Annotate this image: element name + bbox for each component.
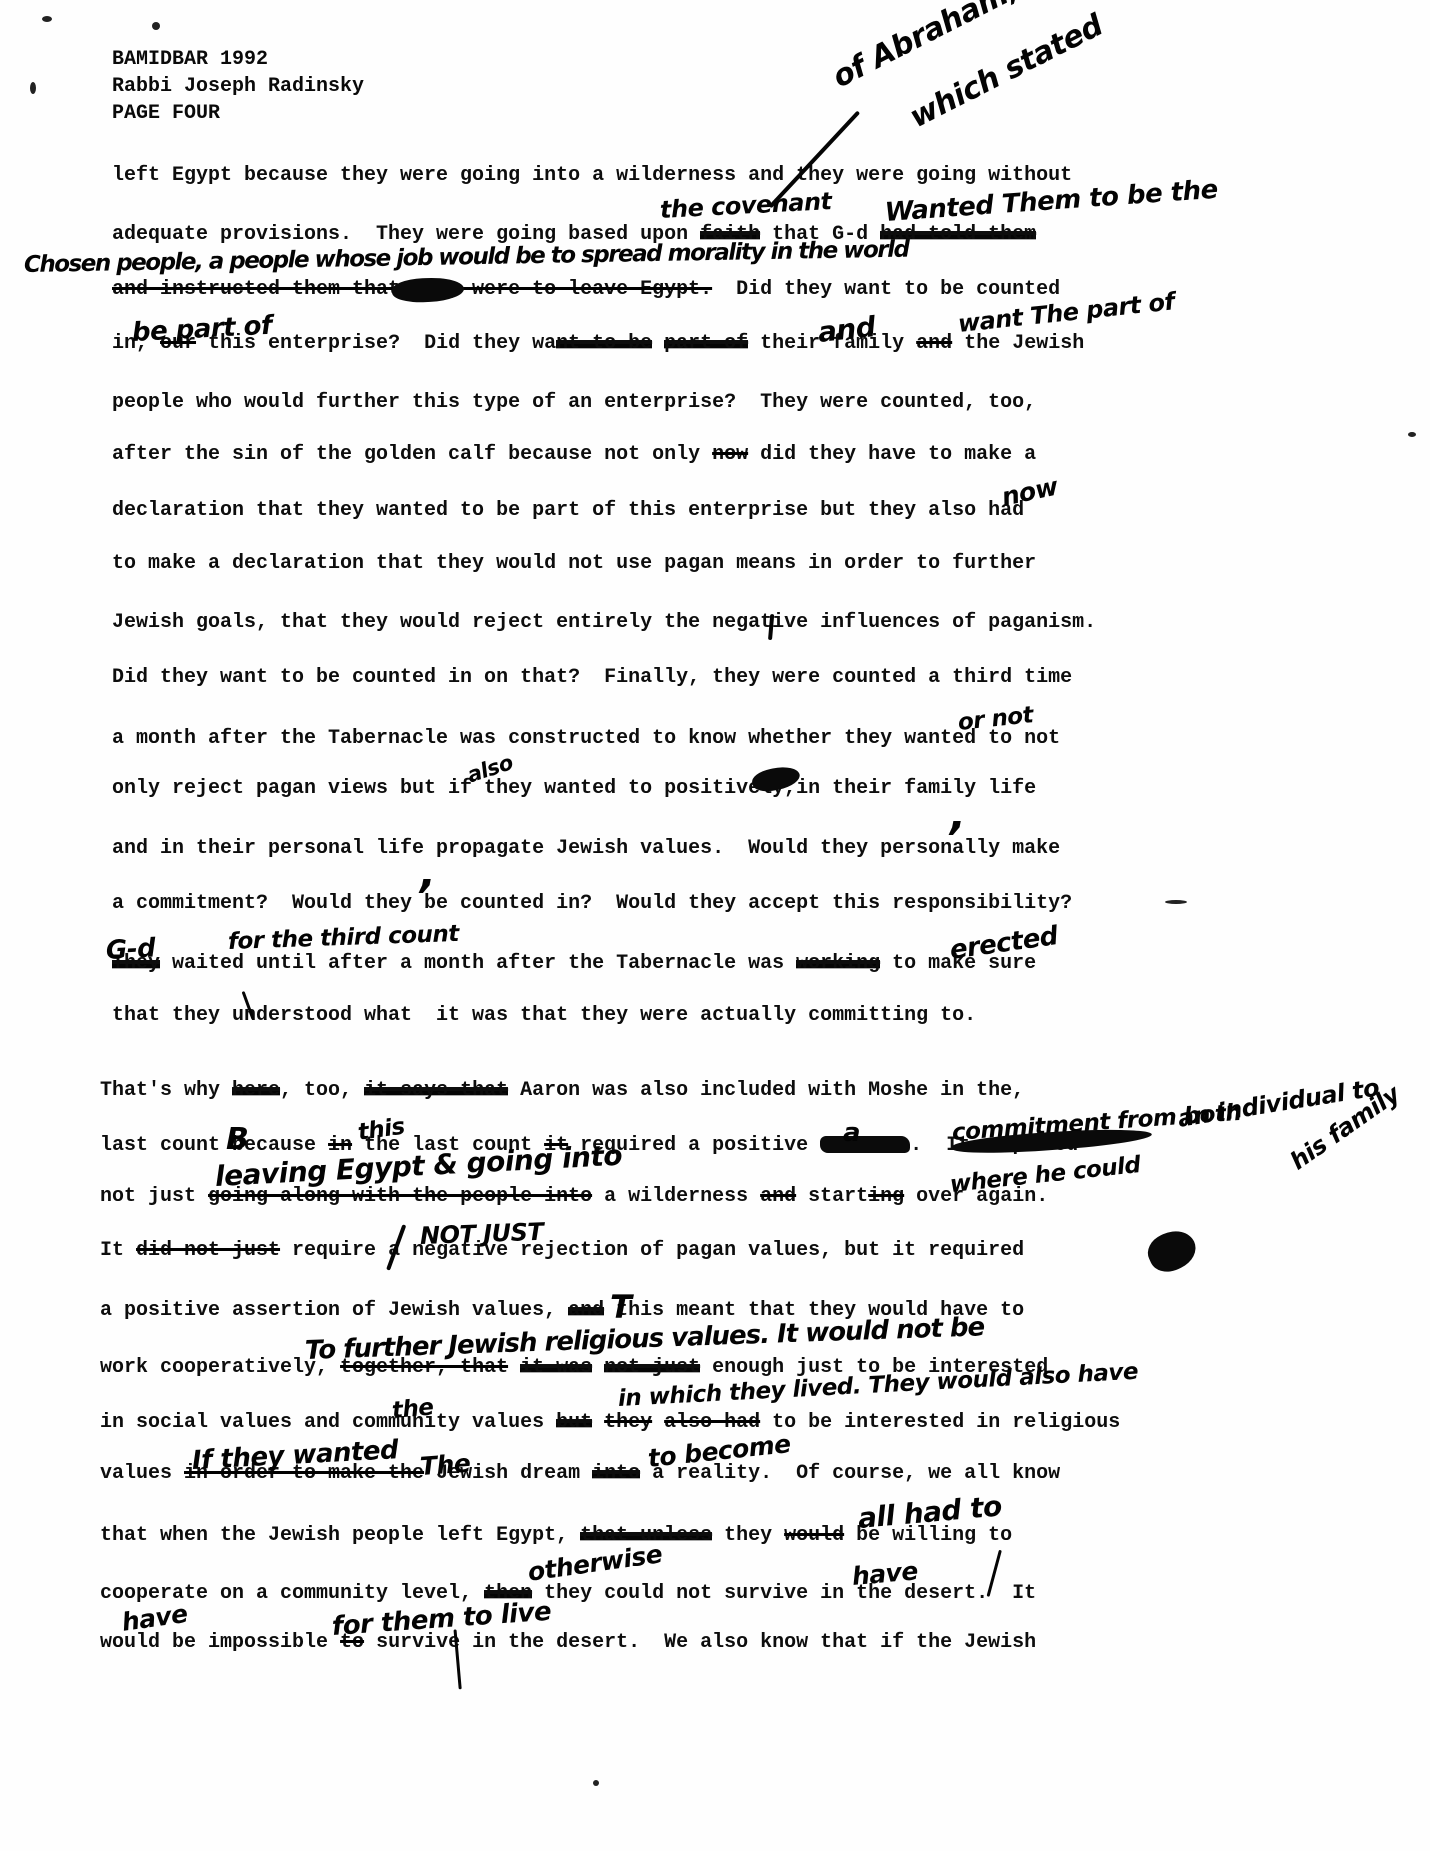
struck-text: also had [664,1411,760,1434]
typed-line: and in their personal life propagate Jew… [112,837,1060,860]
typed-text: survive in the desert. We also know that… [364,1631,1036,1654]
ink-speck [1408,432,1416,437]
typed-line: It did not just require a negative rejec… [100,1239,1024,1262]
typed-text: not just [100,1185,208,1208]
typed-text: Did they want to be counted in on that? … [112,666,1072,689]
typed-text: , too, [280,1079,364,1102]
handwritten-annotation: a [843,1118,860,1148]
typed-text: did they have to make a [748,443,1036,466]
typed-text [652,1411,664,1434]
handwritten-annotation: , [420,848,435,897]
struck-text: and [760,1185,796,1208]
typed-line: That's why here, too, it says that Aaron… [100,1079,1024,1102]
typed-line: people who would further this type of an… [112,391,1036,414]
typed-text [592,1356,604,1379]
typed-text: It [100,1239,136,1262]
typed-line: after the sin of the golden calf because… [112,443,1036,466]
handwritten-annotation: G-d [105,933,156,966]
struck-text: did not just [136,1239,280,1262]
header-line: PAGE FOUR [112,102,220,125]
typed-text: that they understood what it was that th… [112,1004,976,1027]
struck-text: would [784,1524,844,1547]
typed-text [592,1411,604,1434]
typed-line: only reject pagan views but if they want… [112,777,1036,800]
typed-line: would be impossible to survive in the de… [100,1631,1036,1654]
typed-line: that they understood what it was that th… [112,1004,976,1027]
struck-text: part of [664,332,748,355]
typed-text: Did they want to be counted [712,278,1060,301]
typed-text [652,332,664,355]
header-line: Rabbi Joseph Radinsky [112,75,364,98]
typed-line: to make a declaration that they would no… [112,552,1036,575]
typed-text: and in their personal life propagate Jew… [112,837,1060,860]
typed-line: a commitment? Would they be counted in? … [112,892,1072,915]
typed-text: in social values and community values [100,1411,556,1434]
ink-speck [593,1780,599,1786]
handwritten-annotation: the [391,1394,435,1424]
struck-text: into [592,1462,640,1485]
typed-text: Aaron was also included with Moshe in th… [508,1079,1024,1102]
typed-text: people who would further this type of an… [112,391,1036,414]
typed-line: in social values and community values bu… [100,1411,1120,1434]
ink-speck [152,22,160,30]
typed-text: to make a declaration that they would no… [112,552,1036,575]
typed-text: only reject pagan views but if they want… [112,777,1036,800]
handwritten-annotation: for the third count [228,921,460,955]
typed-text: waited until after a month after the Tab… [160,952,796,975]
typed-text: a positive assertion of Jewish values, [100,1299,568,1322]
typed-text: That's why [100,1079,232,1102]
typed-line: Did they want to be counted in on that? … [112,666,1072,689]
typed-text: Jewish goals, that they would reject ent… [112,611,1096,634]
typed-text [508,1356,520,1379]
typed-text: a month after the Tabernacle was constru… [112,727,1060,750]
typed-line: Jewish goals, that they would reject ent… [112,611,1096,634]
struck-text: now [712,443,748,466]
typed-line: a month after the Tabernacle was constru… [112,727,1060,750]
typed-line: and instructed them that they were to le… [112,278,1060,301]
typed-text: they [712,1524,784,1547]
handwritten-annotation: now [999,472,1060,512]
struck-text: working [796,952,880,975]
struck-text: they [604,1411,652,1434]
typed-text: values [100,1462,184,1485]
handwritten-annotation: B [226,1122,248,1157]
typed-text: work cooperatively, [100,1356,340,1379]
typed-text: that when the Jewish people left Egypt, [100,1524,580,1547]
handwritten-annotation: , [950,790,965,839]
ink-speck [1165,900,1187,904]
header-line: BAMIDBAR 1992 [112,48,268,71]
struck-text: nt to be [556,332,652,355]
handwritten-annotation: NOT JUST [420,1218,544,1250]
handwritten-annotation: and [816,310,877,349]
handwritten-annotation: the covenant [659,187,832,224]
struck-text: it says that [364,1079,508,1102]
struck-text: ing [868,1185,904,1208]
typed-text: declaration that they wanted to be part … [112,499,1024,522]
struck-text: it was [520,1356,592,1379]
typed-text: cooperate on a community level, [100,1582,484,1605]
typed-text: start [796,1185,868,1208]
typed-line: They waited until after a month after th… [112,952,1036,975]
typed-text: after the sin of the golden calf because… [112,443,712,466]
typed-text: a commitment? Would they be counted in? … [112,892,1072,915]
struck-text: here [232,1079,280,1102]
typed-text: left Egypt because they were going into … [112,164,1072,187]
typed-text: they could not survive in the desert. It [532,1582,1036,1605]
ink-speck [30,82,36,94]
typed-text: to be interested in religious [760,1411,1120,1434]
struck-text: and [916,332,952,355]
typed-line: declaration that they wanted to be part … [112,499,1024,522]
handwritten-annotation: T [610,1288,631,1326]
typed-text: a wilderness [592,1185,760,1208]
typed-text: last count because [100,1134,328,1157]
ink-speck [42,16,52,22]
struck-text: but [556,1411,592,1434]
document-page: BAMIDBAR 1992Rabbi Joseph RadinskyPAGE F… [0,0,1430,1851]
ink-scribble [1142,1224,1202,1279]
struck-text: not just [604,1356,700,1379]
struck-text: and [568,1299,604,1322]
handwritten-annotation: have [851,1556,919,1591]
scribbled-out-word [820,1136,910,1153]
typed-line: left Egypt because they were going into … [112,164,1072,187]
handwritten-annotation: The [419,1449,471,1481]
